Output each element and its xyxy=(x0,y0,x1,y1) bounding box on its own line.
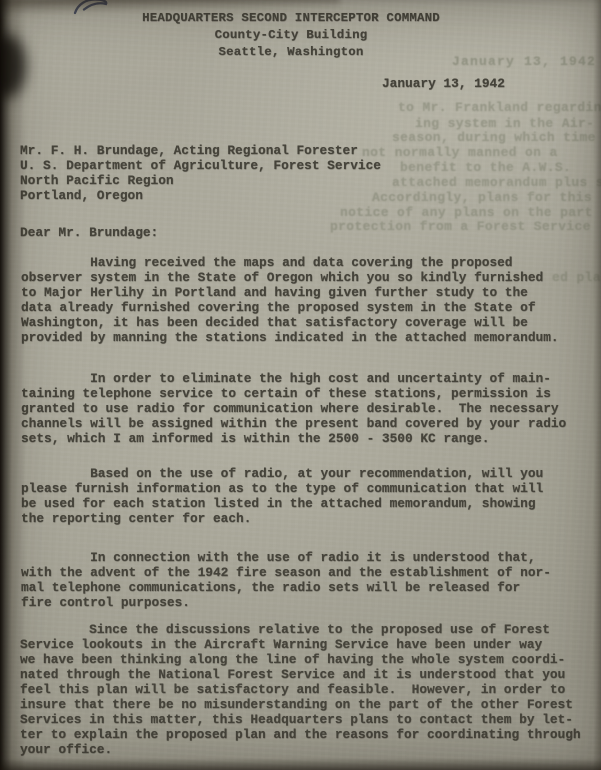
vignette xyxy=(0,0,601,770)
scanned-letter: January 13, 1942 to Mr. Frankland regard… xyxy=(0,0,601,770)
